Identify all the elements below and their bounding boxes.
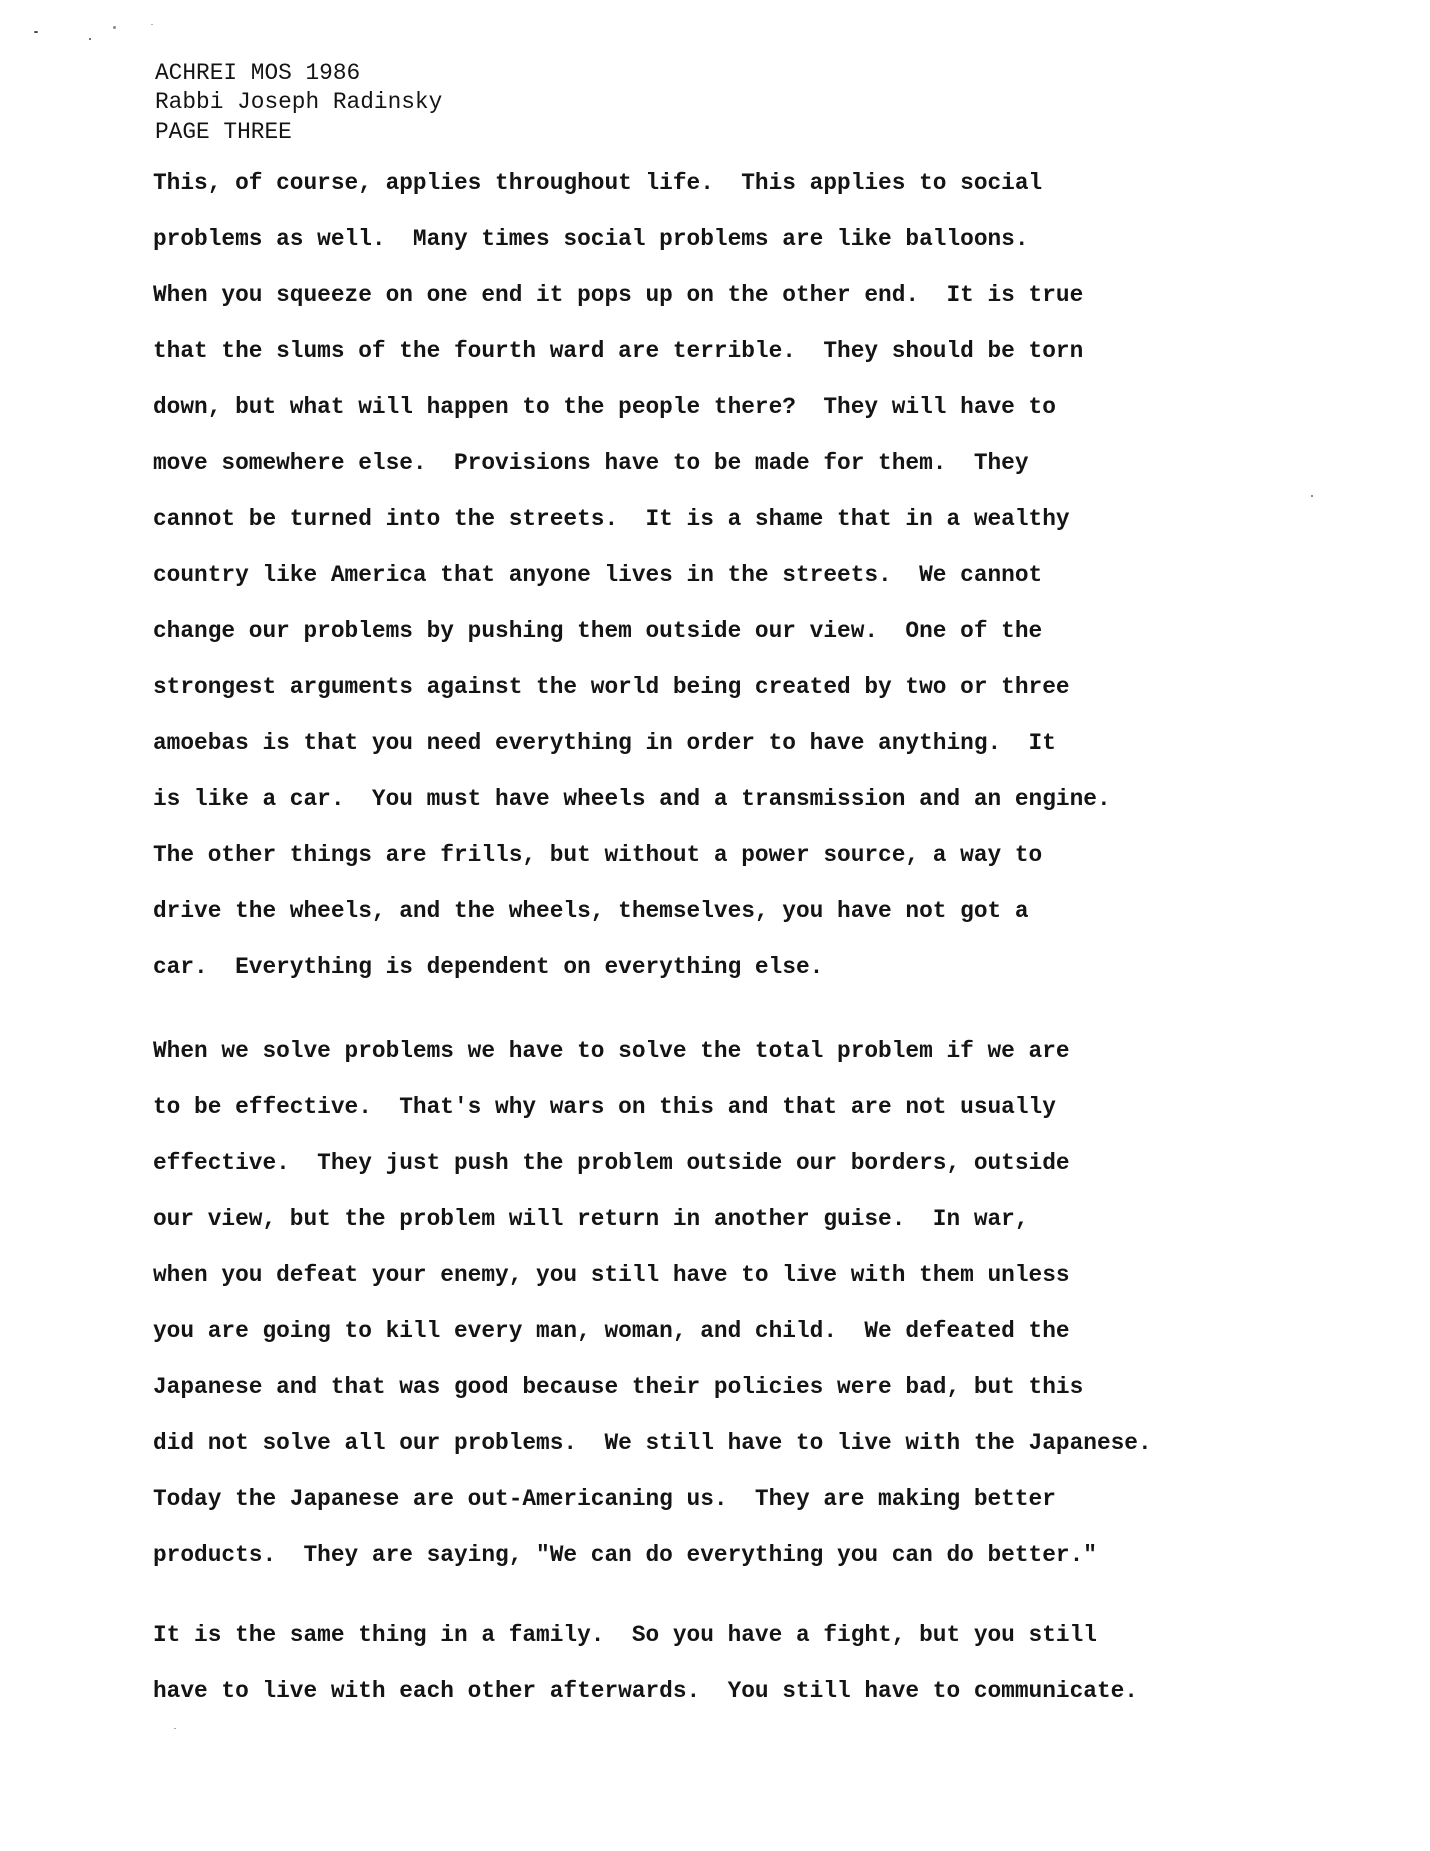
text-line: Japanese and that was good because their… [153,1376,1083,1399]
header-author: Rabbi Joseph Radinsky [155,91,442,114]
text-line: effective. They just push the problem ou… [153,1152,1070,1175]
text-line: amoebas is that you need everything in o… [153,732,1056,755]
text-line: drive the wheels, and the wheels, themse… [153,900,1029,923]
text-line: our view, but the problem will return in… [153,1208,1029,1231]
text-line: have to live with each other afterwards.… [153,1680,1138,1703]
document-page: ACHREI MOS 1986 Rabbi Joseph Radinsky PA… [0,0,1430,1851]
scan-speck [1311,495,1313,497]
text-line: to be effective. That's why wars on this… [153,1096,1056,1119]
text-line: is like a car. You must have wheels and … [153,788,1111,811]
text-line: products. They are saying, "We can do ev… [153,1544,1097,1567]
header-title: ACHREI MOS 1986 [155,62,360,85]
text-line: problems as well. Many times social prob… [153,228,1029,251]
text-line: when you defeat your enemy, you still ha… [153,1264,1070,1287]
text-line: down, but what will happen to the people… [153,396,1056,419]
text-line: did not solve all our problems. We still… [153,1432,1152,1455]
text-line: move somewhere else. Provisions have to … [153,452,1029,475]
text-line: When you squeeze on one end it pops up o… [153,284,1083,307]
scan-speck [113,26,116,29]
text-line: cannot be turned into the streets. It is… [153,508,1070,531]
text-line: strongest arguments against the world be… [153,676,1070,699]
text-line: country like America that anyone lives i… [153,564,1042,587]
text-line: Today the Japanese are out-Americaning u… [153,1488,1056,1511]
scan-speck [151,24,153,25]
text-line: you are going to kill every man, woman, … [153,1320,1070,1343]
text-line: car. Everything is dependent on everythi… [153,956,823,979]
scan-speck [174,1728,176,1729]
text-line: The other things are frills, but without… [153,844,1042,867]
text-line: change our problems by pushing them outs… [153,620,1042,643]
text-line: It is the same thing in a family. So you… [153,1624,1097,1647]
text-line: When we solve problems we have to solve … [153,1040,1070,1063]
text-line: This, of course, applies throughout life… [153,172,1042,195]
scan-speck [89,38,91,40]
header-page-number: PAGE THREE [155,121,292,144]
scan-speck [34,31,38,33]
text-line: that the slums of the fourth ward are te… [153,340,1083,363]
